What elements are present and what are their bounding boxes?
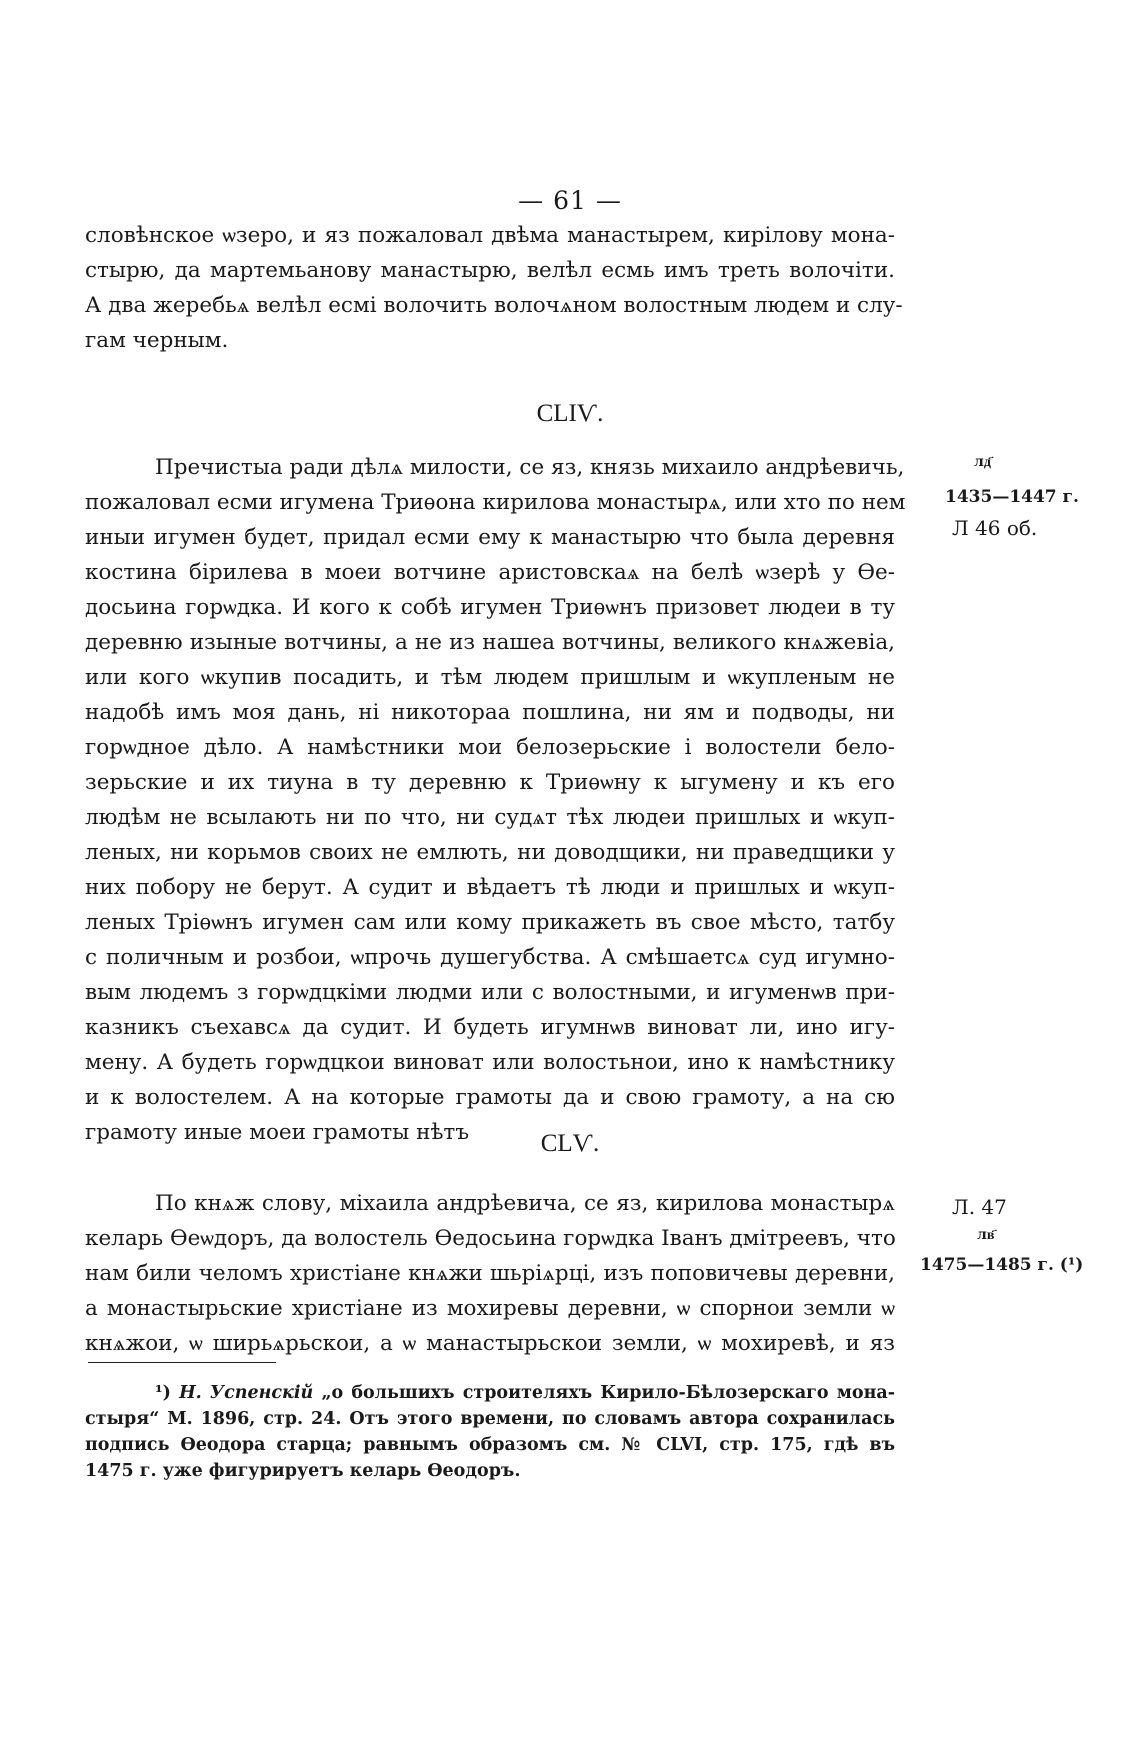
text-line: мену. А будеть горѡдцкои виноват или вол…: [85, 1045, 895, 1080]
section-154-text: Пречистыа ради дѣлѧ милости, се яз, княз…: [85, 450, 895, 1150]
text-line: горѡдное дѣло. А намѣстники мои белозерь…: [85, 730, 895, 765]
footnote-line: подпись Ѳеодора старца; равнымъ образомъ…: [85, 1432, 895, 1458]
text-line: Пречистыа ради дѣлѧ милости, се яз, княз…: [85, 450, 895, 485]
footnote-text: „о большихъ строителяхъ Кирило-Бѣлозерск…: [321, 1383, 895, 1403]
text-line: казникъ съехавсѧ да судит. И будеть игум…: [85, 1010, 895, 1045]
text-line: иныи игумен будет, придал есми ему к ман…: [85, 520, 895, 555]
footnote-line: стыря“ М. 1896, стр. 24. Отъ этого време…: [85, 1406, 895, 1432]
text-line: или кого ѡкупив посадить, и тѣм людем пр…: [85, 660, 895, 695]
text-line: людѣм не всылають ни по что, ни судѧт тѣ…: [85, 800, 895, 835]
text-line: надобѣ имъ моя дань, ні никотораа пошлин…: [85, 695, 895, 730]
margin-date-154: 1435—1447 г.: [945, 487, 1079, 507]
margin-date-155: 1475—1485 г. (¹): [920, 1255, 1083, 1275]
text-line: а монастырьские христіане из мохиревы де…: [85, 1291, 895, 1326]
text-line: вым людемъ з горѡдцкіми людми или с воло…: [85, 975, 895, 1010]
footnote-author: Н. Успенскій: [179, 1383, 313, 1403]
text-line: словѣнское ѡзеро, и яз пожаловал двѣма м…: [85, 218, 895, 253]
text-line: костина бірилева в моеи вотчине аристовс…: [85, 555, 895, 590]
intro-paragraph: словѣнское ѡзеро, и яз пожаловал двѣма м…: [85, 218, 895, 358]
text-line: По кнѧж слову, міхаила андрѣевича, се яз…: [85, 1186, 895, 1221]
text-line: леных Тріѳѡнъ игумен сам или кому прикаж…: [85, 905, 895, 940]
section-heading-155: CLѴ.: [0, 1130, 1140, 1158]
text-line: деревню изыные вотчины, а не из нашеа во…: [85, 625, 895, 660]
text-line: досьина горѡдка. И кого к собѣ игумен Тр…: [85, 590, 895, 625]
section-155-text: По кнѧж слову, міхаила андрѣевича, се яз…: [85, 1186, 895, 1361]
margin-folio-154: Л 46 об.: [952, 516, 1037, 540]
text-line: и к волостелем. А на которые грамоты да …: [85, 1080, 895, 1115]
text-line: А два жеребьѧ велѣл есмі волочить волочѧ…: [85, 288, 895, 323]
footnote-line: 1475 г. уже фигурируетъ келарь Ѳеодоръ.: [85, 1458, 895, 1484]
text-line: них побору не берут. А судит и вѣдаетъ т…: [85, 870, 895, 905]
margin-folio-number-154: лд҃: [974, 454, 991, 471]
text-line: с поличным и розбои, ѡпрочь душегубства.…: [85, 940, 895, 975]
margin-folio-155: Л. 47: [952, 1195, 1007, 1219]
footnotes: ¹) Н. Успенскій „о большихъ строителяхъ …: [85, 1380, 895, 1484]
text-line: гам черным.: [85, 323, 895, 358]
text-line: пожаловал есми игумена Триѳона кирилова …: [85, 485, 895, 520]
footnote-marker: ¹): [155, 1383, 171, 1403]
text-line: кнѧжои, ѡ ширьѧрьскои, а ѡ манастырьскои…: [85, 1326, 895, 1361]
text-line: нам били челомъ христіане кнѧжи шьріѧрці…: [85, 1256, 895, 1291]
margin-folio-number-155: лв҃: [977, 1227, 994, 1244]
footnote-line: ¹) Н. Успенскій „о большихъ строителяхъ …: [85, 1380, 895, 1406]
section-heading-154: CLIѴ.: [0, 400, 1140, 428]
text-line: стырю, да мартемьанову манастырю, велѣл …: [85, 253, 895, 288]
page-number: — 61 —: [0, 186, 1140, 215]
text-line: леных, ни корьмов своих не емлють, ни до…: [85, 835, 895, 870]
text-line: келарь Ѳеѡдоръ, да волостель Ѳедосьина г…: [85, 1221, 895, 1256]
text-line: зерьские и их тиуна в ту деревню к Триѳѡ…: [85, 765, 895, 800]
footnote-divider: [88, 1362, 276, 1363]
